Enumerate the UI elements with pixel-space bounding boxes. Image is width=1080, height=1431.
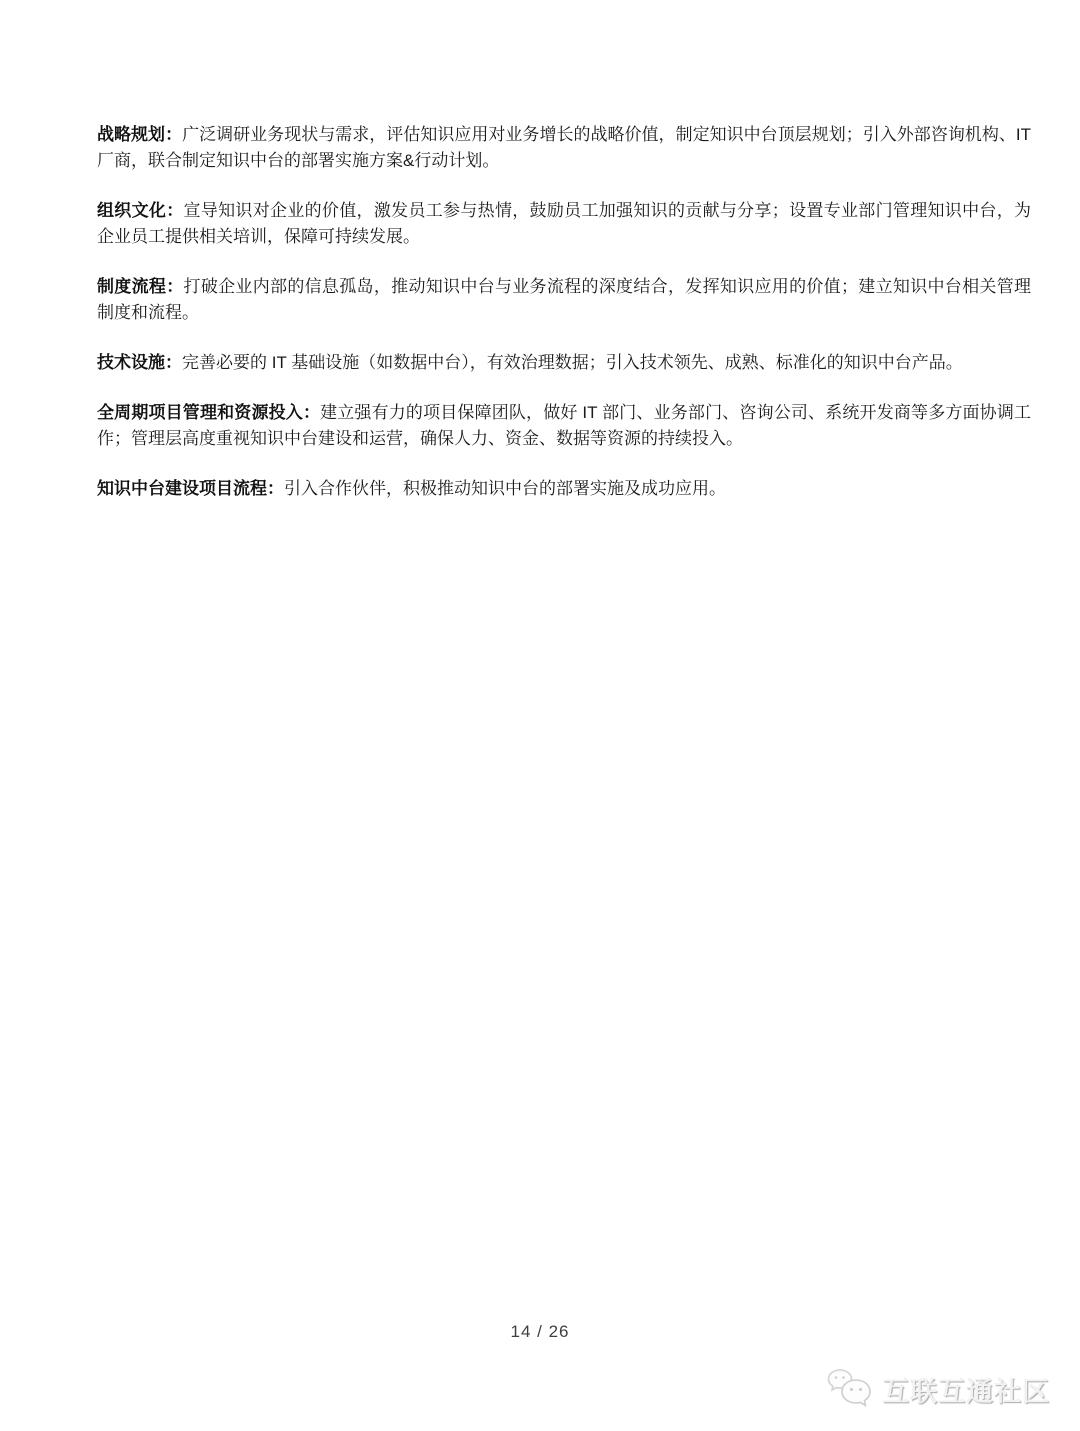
watermark-text: 互联互通社区 [882,1370,1050,1409]
paragraph-text: 宣导知识对企业的价值，激发员工参与热情，鼓励员工加强知识的贡献与分享；设置专业部… [97,201,1031,246]
paragraph-text: 广泛调研业务现状与需求，评估知识应用对业务增长的战略价值，制定知识中台顶层规划；… [97,125,1031,170]
paragraph-organizational-culture: 组织文化：宣导知识对企业的价值，激发员工参与热情，鼓励员工加强知识的贡献与分享；… [97,198,1031,250]
paragraph-label: 知识中台建设项目流程： [97,479,284,498]
paragraph-technical-facilities: 技术设施：完善必要的 IT 基础设施（如数据中台），有效治理数据；引入技术领先、… [97,350,1031,376]
document-page: 战略规划：广泛调研业务现状与需求，评估知识应用对业务增长的战略价值，制定知识中台… [0,0,1080,1431]
paragraph-label: 制度流程： [97,277,184,296]
paragraph-construction-project-process: 知识中台建设项目流程：引入合作伙伴，积极推动知识中台的部署实施及成功应用。 [97,476,1031,502]
paragraph-strategic-planning: 战略规划：广泛调研业务现状与需求，评估知识应用对业务增长的战略价值，制定知识中台… [97,122,1031,174]
paragraph-text: 完善必要的 IT 基础设施（如数据中台），有效治理数据；引入技术领先、成熟、标准… [182,353,963,372]
paragraph-project-management-resources: 全周期项目管理和资源投入：建立强有力的项目保障团队，做好 IT 部门、业务部门、… [97,400,1031,452]
watermark: 互联互通社区 [826,1367,1050,1411]
page-number: 14 / 26 [0,1322,1080,1342]
paragraph-label: 技术设施： [97,353,182,372]
paragraph-label: 组织文化： [97,201,184,220]
document-body: 战略规划：广泛调研业务现状与需求，评估知识应用对业务增长的战略价值，制定知识中台… [97,122,1031,526]
paragraph-text: 打破企业内部的信息孤岛，推动知识中台与业务流程的深度结合，发挥知识应用的价值；建… [97,277,1031,322]
paragraph-text: 引入合作伙伴，积极推动知识中台的部署实施及成功应用。 [284,479,726,498]
paragraph-label: 战略规划： [97,125,182,144]
paragraph-system-process: 制度流程：打破企业内部的信息孤岛，推动知识中台与业务流程的深度结合，发挥知识应用… [97,274,1031,326]
paragraph-label: 全周期项目管理和资源投入： [97,403,320,422]
wechat-chat-bubbles-icon [826,1367,874,1411]
